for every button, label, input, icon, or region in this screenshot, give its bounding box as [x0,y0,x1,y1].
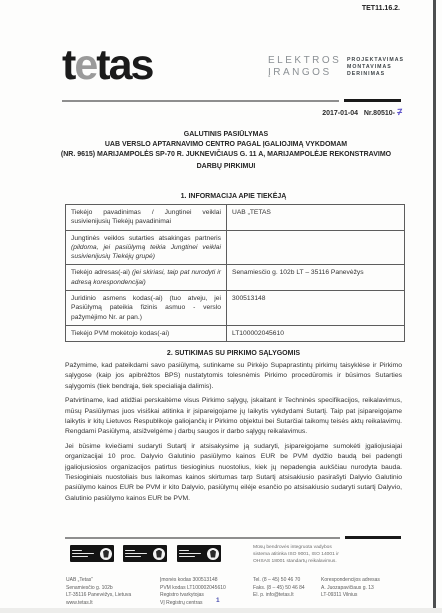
certification-badge-icon [123,545,167,562]
paragraph: Jei būsime kviečiami sudaryti Sutartį ir… [65,442,402,504]
footer-correspondence-address: Korespondencijos adresas A. Juozapavičia… [321,577,406,600]
badge-seal-icon [207,548,219,560]
supplier-info-table: Tiekėjo pavadinimas / Jungtinei veiklai … [65,204,405,342]
brand-tagline-line2: ĮRANGOS [268,67,341,79]
date-number-line: 2017-01-04 Nr.80510-7 [180,107,402,117]
brand-services: PROJEKTAVIMAS MONTAVIMAS DERINIMAS [347,57,404,78]
brand-tagline-line1: ELEKTROS [268,55,341,67]
table-row: Tiekėjo pavadinimas / Jungtinei veiklai … [66,205,405,231]
paragraph: Patvirtiname, kad atidžiai perskaitėme v… [65,396,402,437]
row-value: 300513148 [227,291,405,326]
agreement-paragraphs: Pažymime, kad pateikdami savo pasiūlymą,… [65,361,402,508]
page-number: 1 [216,597,220,604]
document-number-label: Nr.80510- [364,110,395,117]
logo-letter-accent: e [74,41,96,89]
confidential-watermark: KONFIDENCIALU [0,0,442,2]
footer-contacts: Tel. (8 – 45) 50 46 70 Faks. (8 – 45) 50… [253,577,319,600]
iso-certification-note: Mūsų bendrovės integruota vadybos sistem… [253,545,373,565]
table-row: Juridinio asmens kodas(-ai) (tuo atveju,… [66,291,405,326]
badge-seal-icon [100,548,112,560]
table-row: Jungtinės veiklos sutarties atsakingas p… [66,230,405,265]
footer-company-address: UAB „Tetas“ Senamiesčio g. 102b LT-35116… [66,577,158,607]
badge-text-lines [72,550,100,557]
logo-letters: tas [96,41,152,89]
title-line-1: GALUTINIS PASIŪLYMAS [52,130,400,140]
document-date: 2017-01-04 [322,110,358,117]
handwritten-number: 7 [397,107,403,117]
certification-badge-icon [70,545,114,562]
section-2-heading: 2. SUTIKIMAS SU PIRKIMO SĄLYGOMIS [62,350,405,357]
tetas-logo: tetas [62,42,152,88]
header-divider [62,100,339,102]
document-title: GALUTINIS PASIŪLYMAS UAB VERSLO APTARNAV… [52,130,400,172]
badge-text-lines [179,550,207,557]
brand-tagline: ELEKTROS ĮRANGOS [268,55,341,79]
row-value: UAB „TETAS [227,205,405,231]
badge-seal-icon [153,548,165,560]
row-label: Juridinio asmens kodas(-ai) (tuo atveju,… [66,291,227,326]
row-label: Tiekėjo PVM mokėtojo kodas(-ai) [66,325,227,341]
row-label: Jungtinės veiklos sutarties atsakingas p… [66,230,227,265]
section-1-heading: 1. INFORMACIJA APIE TIEKĖJĄ [62,193,405,200]
header-divider-accent [344,99,401,102]
table-row: Tiekėjo PVM mokėtojo kodas(-ai) LT100002… [66,325,405,341]
scan-bottom-artifact [0,608,442,613]
scanned-document-page: KONFIDENCIALU TET11.16.2. tetas ELEKTROS… [0,0,442,613]
title-line-2: UAB VERSLO APTARNAVIMO CENTRO PAGAL ĮGAL… [52,140,400,150]
row-label: Tiekėjo adresas(-ai) (jei skiriasi, taip… [66,265,227,291]
table-row: Tiekėjo adresas(-ai) (jei skiriasi, taip… [66,265,405,291]
scan-edge-artifact [433,0,436,613]
badge-text-lines [125,550,153,557]
row-value: Senamiesčio g. 102b LT – 35116 Panevėžys [227,265,405,291]
footer-company-codes: Įmonės kodas 300513148 PVM kodas LT10000… [160,577,252,607]
footer-divider-accent [345,536,401,539]
brand-service-1: PROJEKTAVIMAS [347,57,404,64]
document-code: TET11.16.2. [200,5,400,12]
brand-service-2: MONTAVIMAS [347,64,404,71]
brand-service-3: DERINIMAS [347,71,404,78]
row-value [227,230,405,265]
paragraph: Pažymime, kad pateikdami savo pasiūlymą,… [65,361,402,392]
logo-letter: t [62,41,74,89]
certification-badge-icon [177,545,221,562]
row-label: Tiekėjo pavadinimas / Jungtinei veiklai … [66,205,227,231]
footer-divider [65,537,340,539]
row-value: LT100002045610 [227,325,405,341]
title-line-4: DARBŲ PIRKIMUI [52,162,400,172]
title-line-3: (NR. 9615) MARIJAMPOLĖS SP-70 R. JUKNEVI… [52,150,400,160]
